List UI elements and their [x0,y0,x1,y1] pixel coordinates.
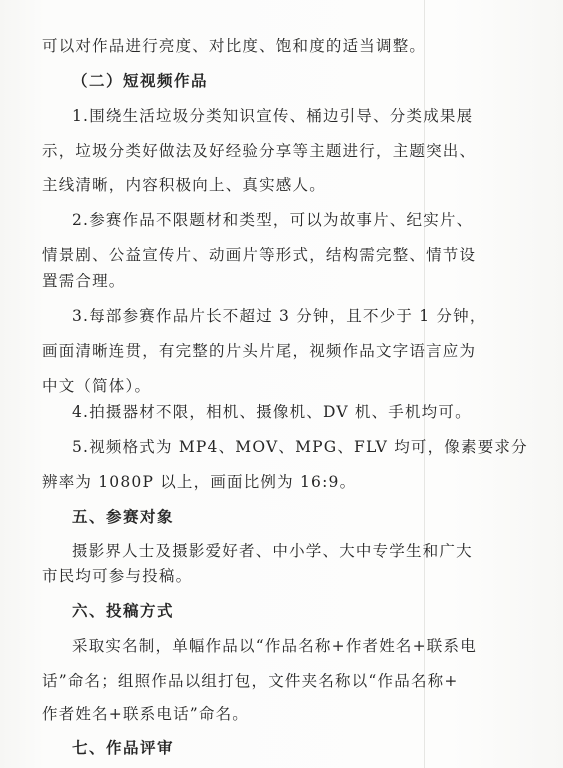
paragraph-line: 示，垃圾分类好做法及好经验分享等主题进行，主题突出、 [42,141,462,161]
document-page: 可以对作品进行亮度、对比度、饱和度的适当调整。 （二）短视频作品 1.围绕生活垃… [0,0,563,768]
paragraph-line: 话”命名；组照作品以组打包，文件夹名称以“作品名称+ [42,671,462,691]
paragraph-line: 置需合理。 [42,271,462,291]
section-heading-submission: 六、投稿方式 [72,601,492,621]
paragraph-line: 主线清晰，内容积极向上、真实感人。 [42,175,462,195]
paragraph-line: 2.参赛作品不限题材和类型，可以为故事片、纪实片、 [72,210,492,230]
paragraph-line: 5.视频格式为 MP4、MOV、MPG、FLV 均可，像素要求分 [72,437,492,457]
paragraph-line: 可以对作品进行亮度、对比度、饱和度的适当调整。 [42,36,462,56]
paragraph-line: 采取实名制，单幅作品以“作品名称+作者姓名+联系电 [72,636,492,656]
paragraph-line: 摄影界人士及摄影爱好者、中小学、大中专学生和广大 [72,541,492,561]
section-heading-judging: 七、作品评审 [72,738,492,758]
paragraph-line: 情景剧、公益宣传片、动画片等形式，结构需完整、情节设 [42,245,462,265]
paragraph-line: 中文（简体）。 [42,376,462,396]
paragraph-line: 市民均可参与投稿。 [42,566,462,586]
section-heading-short-video: （二）短视频作品 [72,71,492,91]
paragraph-line: 3.每部参赛作品片长不超过 3 分钟，且不少于 1 分钟， [72,306,492,326]
paragraph-line: 辨率为 1080P 以上，画面比例为 16:9。 [42,472,462,492]
paragraph-line: 1.围绕生活垃圾分类知识宣传、桶边引导、分类成果展 [72,106,492,126]
paragraph-line: 4.拍摄器材不限，相机、摄像机、DV 机、手机均可。 [72,402,492,422]
section-heading-participants: 五、参赛对象 [72,507,492,527]
paragraph-line: 作者姓名+联系电话”命名。 [42,704,462,724]
paragraph-line: 画面清晰连贯，有完整的片头片尾，视频作品文字语言应为 [42,341,462,361]
